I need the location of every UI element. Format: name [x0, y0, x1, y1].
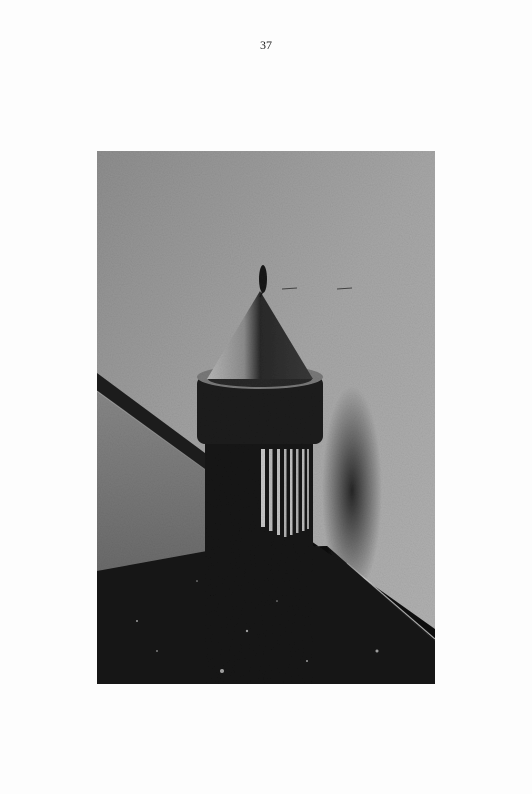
sculpture-photograph — [97, 151, 435, 684]
photograph-illustration — [97, 151, 435, 684]
page-number: 37 — [0, 38, 532, 53]
